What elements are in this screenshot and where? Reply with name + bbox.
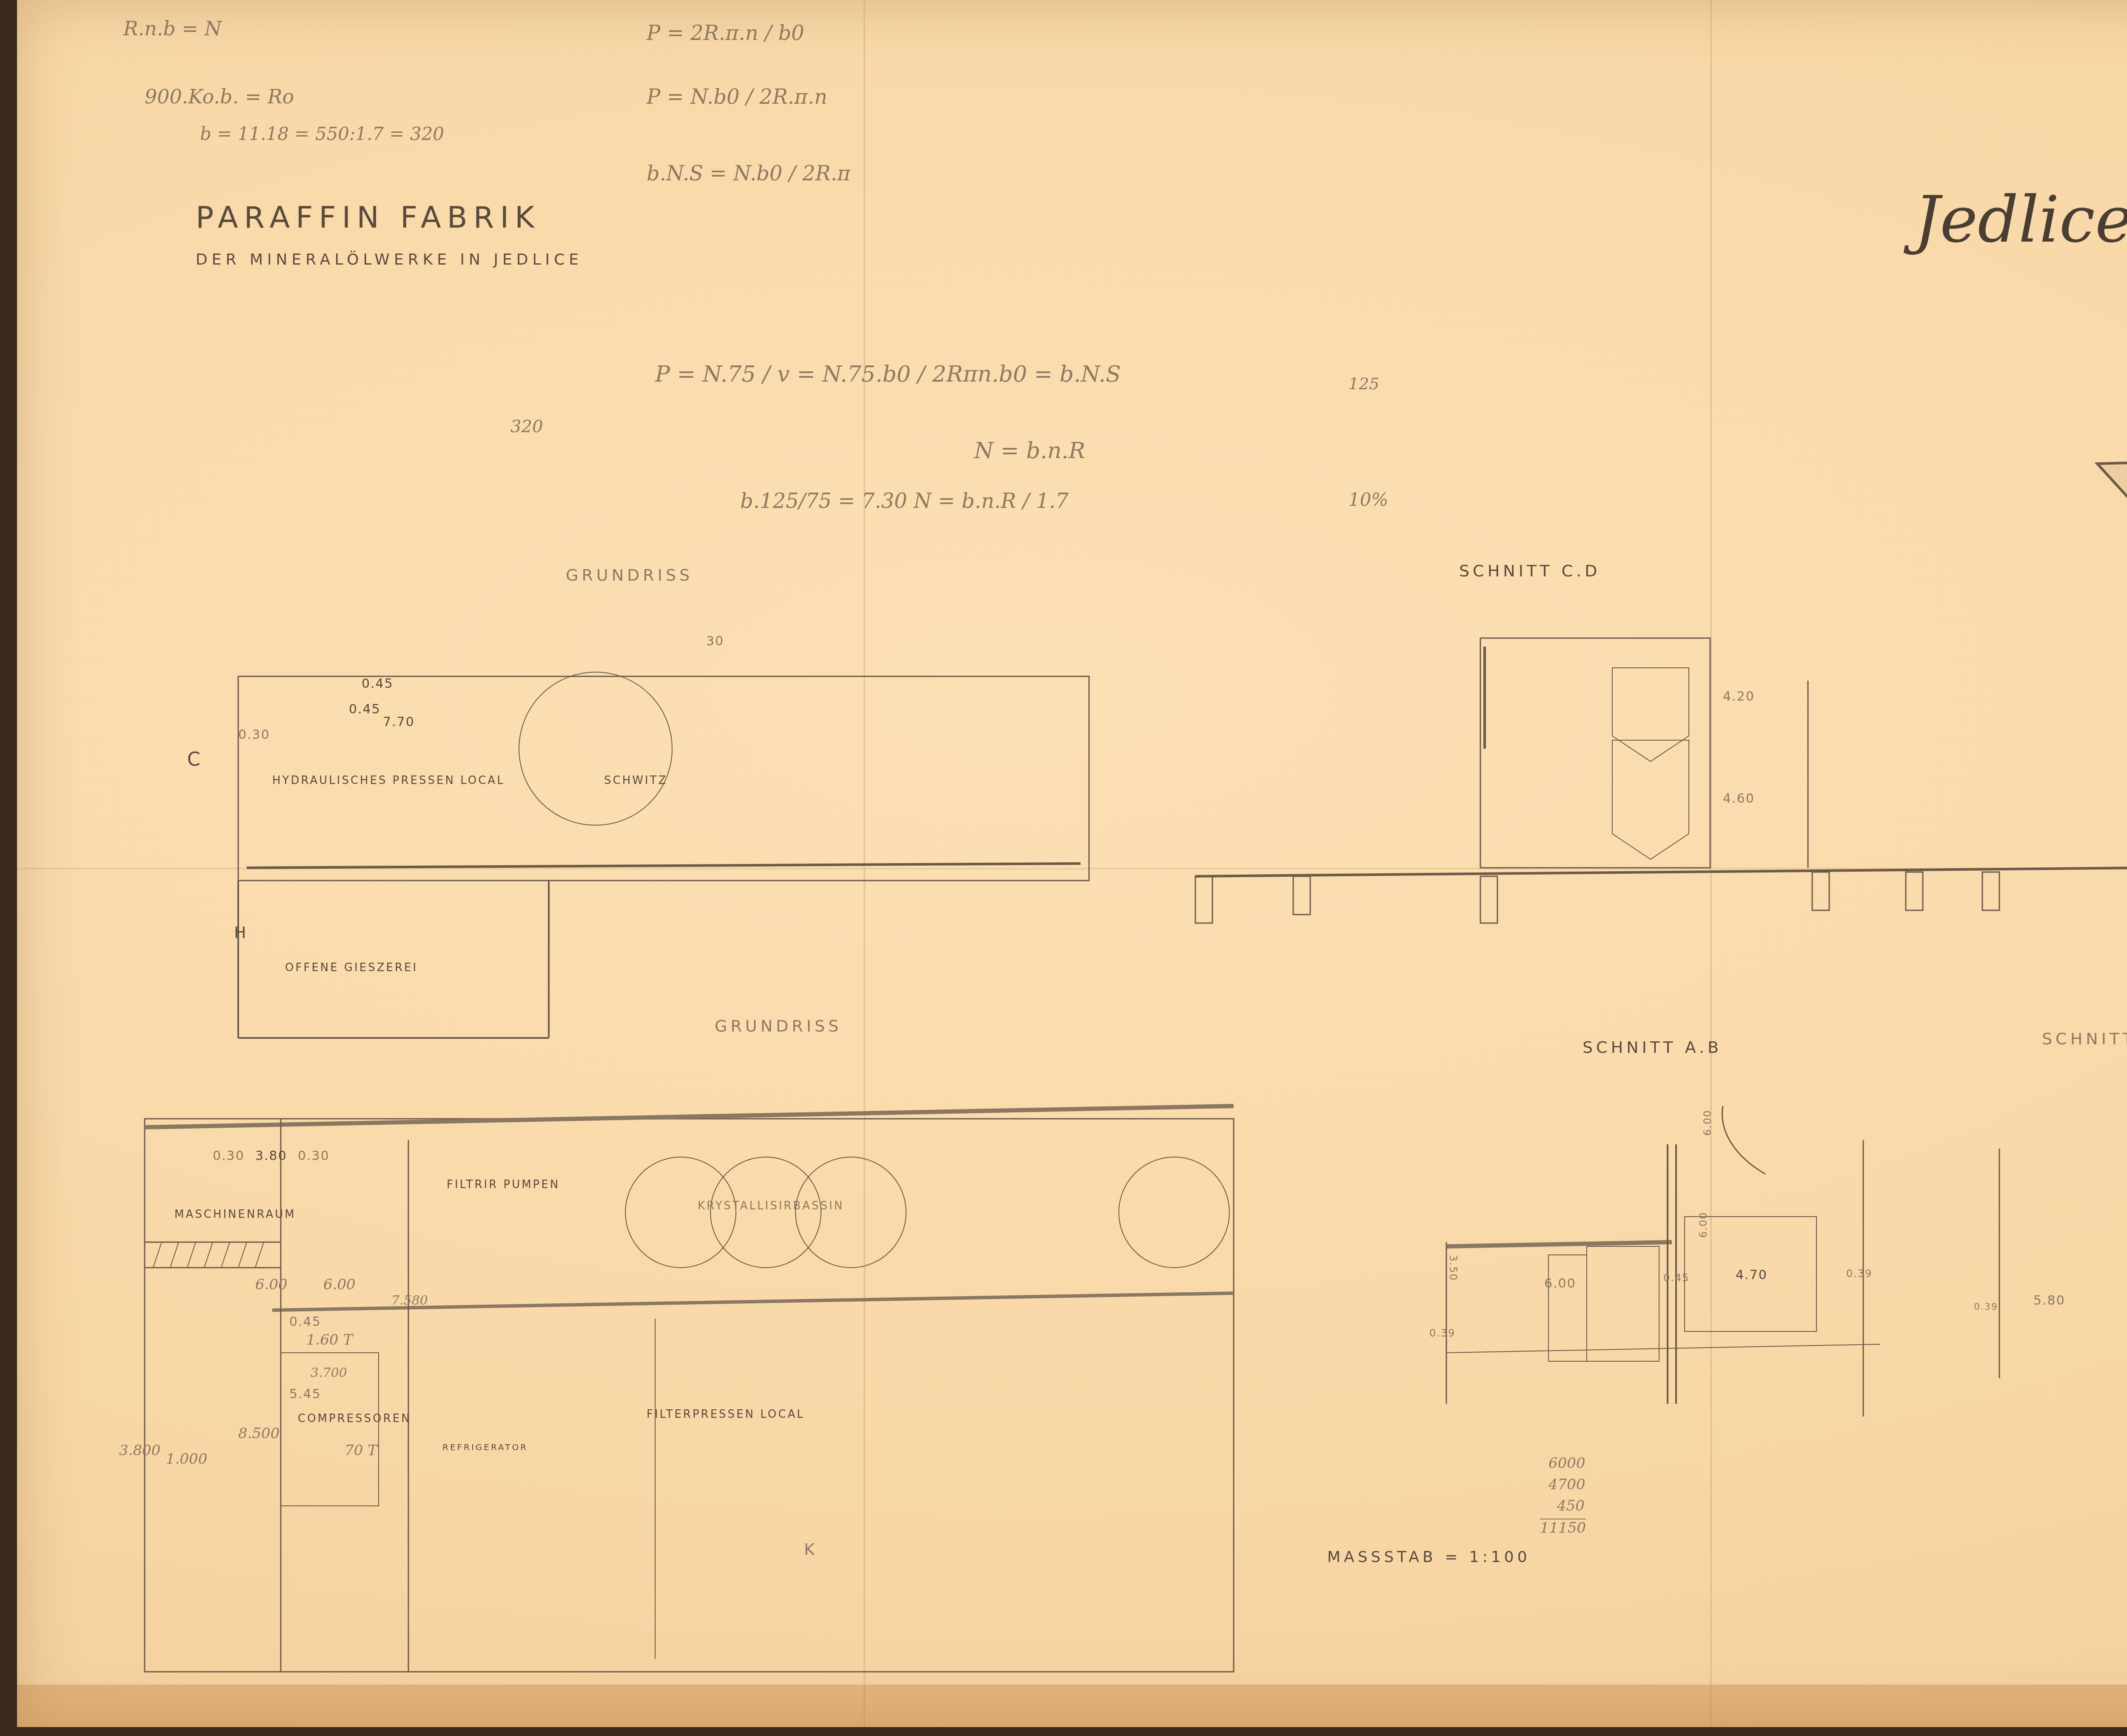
formula: P = N.75 / v = N.75.b0 / 2Rπn.b0 = b.N.S — [655, 362, 1121, 387]
formula: 900.Ko.b. = Ro — [145, 85, 294, 108]
formula: b.125/75 = 7.30 N = b.n.R / 1.7 — [740, 489, 1069, 513]
formula-note: 125 — [1349, 374, 1380, 393]
dimension: 0.45 — [349, 702, 381, 717]
room-label: SCHWITZ — [604, 774, 667, 787]
formula: N = b.n.R — [974, 438, 1085, 464]
dimension: 3.700 — [311, 1365, 347, 1380]
room-label: KRYSTALLISIRBASSIN — [698, 1200, 844, 1212]
room-label: MASCHINENRAUM — [174, 1208, 296, 1221]
dimension: 6.00 — [1544, 1276, 1576, 1291]
dimension: 7.580 — [391, 1293, 428, 1308]
room-label: COMPRESSOREN — [298, 1412, 411, 1425]
dimension: 3.800 — [119, 1442, 160, 1459]
sum-line: 4700 — [1548, 1476, 1585, 1493]
dimension: 0.30 — [213, 1149, 245, 1163]
formula: R.n.b = N — [123, 17, 222, 40]
dimension: 4.20 — [1723, 689, 1755, 704]
section-marker-c: C — [187, 749, 204, 770]
dimension: 0.39 — [1974, 1302, 1998, 1312]
room-label: HYDRAULISCHES PRESSEN LOCAL — [272, 774, 505, 787]
dimension: 0.30 — [238, 727, 270, 742]
section-marker-k: K — [804, 1540, 818, 1559]
view-label-grundriss: GRUNDRISS — [715, 1017, 842, 1035]
dimension: 4.70 — [1736, 1268, 1768, 1283]
formula: b = 11.18 = 550:1.7 = 320 — [200, 123, 444, 144]
dimension: 0.39 — [1846, 1268, 1872, 1280]
dimension: 6.00 — [1702, 1110, 1714, 1136]
view-label-schnitt-ef: SCHNITT E.F — [2042, 1029, 2127, 1048]
dimension: 7.70 — [383, 715, 415, 730]
formula-note: 10% — [1349, 489, 1388, 510]
view-label-grundriss: GRUNDRISS — [566, 566, 693, 584]
dimension: 0.45 — [362, 676, 393, 691]
dimension: 8.500 — [238, 1425, 279, 1442]
section-marker-h: H — [234, 923, 250, 942]
view-label-schnitt-ab: SCHNITT A.B — [1582, 1038, 1722, 1057]
dimension: 3.50 — [1447, 1255, 1459, 1281]
dimension: 5.45 — [289, 1387, 321, 1402]
sum-line: 6000 — [1548, 1455, 1585, 1472]
dimension: 5.80 — [2033, 1293, 2065, 1308]
room-label: FILTRIR PUMPEN — [447, 1178, 560, 1191]
dimension: 4.60 — [1723, 791, 1755, 806]
dimension: 70 T — [345, 1442, 377, 1459]
dimension: 3.80 — [255, 1149, 287, 1163]
location-handwriting: Jedlice — [1914, 183, 2127, 257]
drawing-sheet: PARAFFIN FABRIK DER MINERALÖLWERKE IN JE… — [17, 0, 2127, 1727]
dimension: 1.60 T — [306, 1331, 353, 1348]
formula-note: 320 — [510, 417, 543, 436]
formula: P = 2R.π.n / b0 — [647, 21, 804, 45]
dimension: 0.45 — [1663, 1272, 1689, 1284]
dimension: 30 — [706, 634, 724, 649]
scale-label: MASSSTAB = 1:100 — [1327, 1548, 1531, 1566]
drawing-subtitle: DER MINERALÖLWERKE IN JEDLICE — [196, 251, 583, 268]
room-label: OFFENE GIESZEREI — [285, 961, 418, 974]
view-label-schnitt-cd: SCHNITT C.D — [1459, 562, 1601, 580]
dimension: 6.00 — [255, 1276, 288, 1293]
dimension: 0.39 — [1429, 1327, 1455, 1339]
dimension: 6.00 — [323, 1276, 356, 1293]
formula: P = N.b0 / 2R.π.n — [647, 85, 827, 109]
dimension: 1.000 — [166, 1451, 207, 1468]
dimension: 0.30 — [298, 1149, 330, 1163]
sum-total: 11150 — [1540, 1519, 1586, 1536]
room-label: FILTERPRESSEN LOCAL — [647, 1408, 805, 1421]
drawing-title: PARAFFIN FABRIK — [196, 200, 540, 235]
formula: b.N.S = N.b0 / 2R.π — [647, 162, 850, 185]
dimension: 0.45 — [289, 1314, 321, 1329]
sum-line: 450 — [1557, 1497, 1585, 1514]
room-label: REFRIGERATOR — [442, 1442, 528, 1452]
dimension: 6.00 — [1697, 1212, 1709, 1238]
